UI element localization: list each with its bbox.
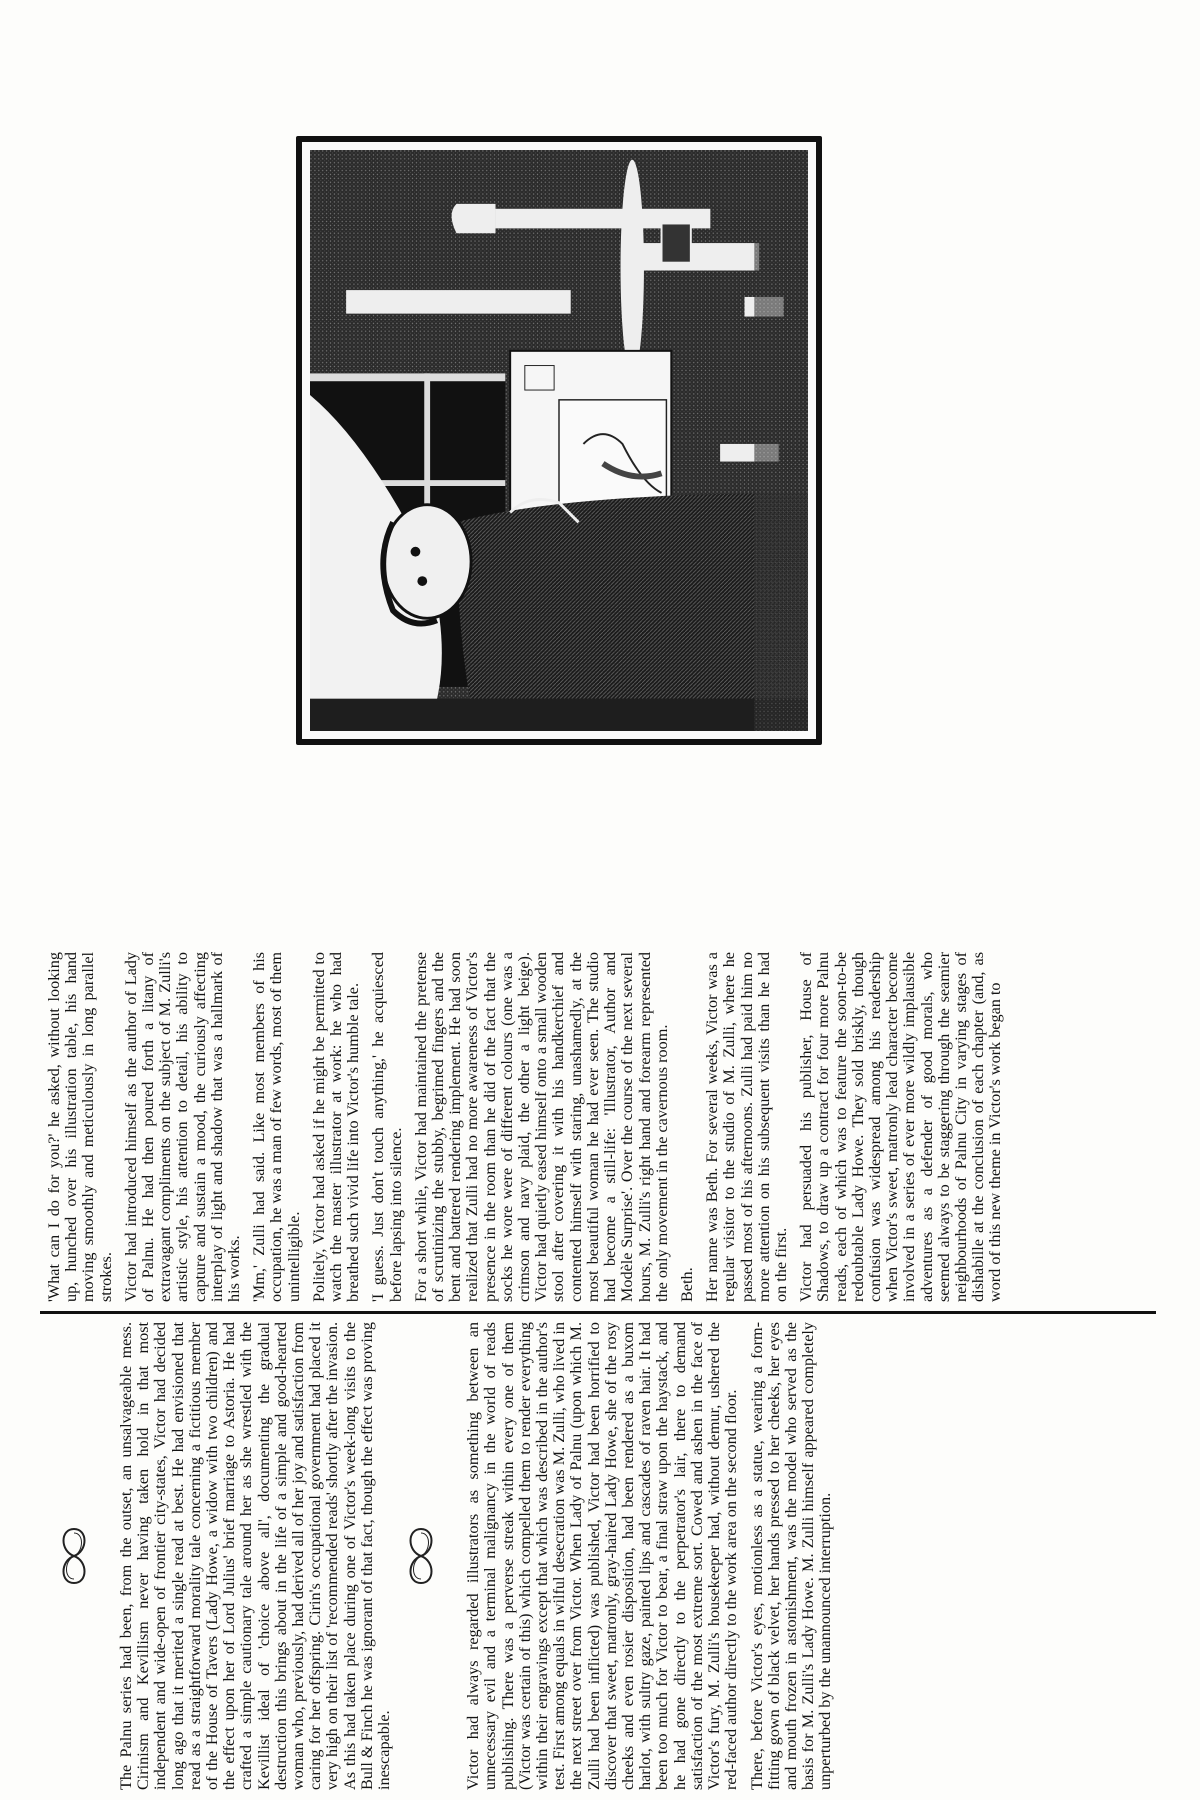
paragraph: There, before Victor's eyes, motionless … (749, 1322, 835, 1790)
paragraph: 'What can I do for you?' he asked, witho… (46, 952, 115, 1302)
column-divider-rule (40, 1311, 1156, 1314)
paragraph: Victor had always regarded illustrators … (465, 1322, 740, 1790)
paragraph: Victor had introduced himself as the aut… (123, 952, 243, 1302)
paragraph: Victor had persuaded his publisher, Hous… (798, 952, 1004, 1302)
paragraph: Her name was Beth. For several weeks, Vi… (704, 952, 790, 1302)
paragraph: Beth. (679, 952, 696, 1302)
paragraph: Politely, Victor had asked if he might b… (311, 952, 363, 1302)
text-column-second: 'What can I do for you?' he asked, witho… (46, 952, 1158, 1302)
text-column-first: The Palnu series had been, from the outs… (46, 1322, 1158, 1790)
paragraph: The Palnu series had been, from the outs… (118, 1322, 393, 1790)
illustrator-at-easel-drawing (310, 150, 808, 731)
paragraph: 'Mm,' Zulli had said. Like most members … (251, 952, 303, 1302)
figure-eight-flourish-icon (403, 1322, 443, 1790)
illustration-frame (296, 136, 822, 745)
figure-eight-flourish-icon (56, 1322, 96, 1790)
illustration-image (310, 150, 808, 731)
paragraph: For a short while, Victor had maintained… (413, 952, 671, 1302)
paragraph: 'I guess. Just don't touch anything,' he… (370, 952, 404, 1302)
